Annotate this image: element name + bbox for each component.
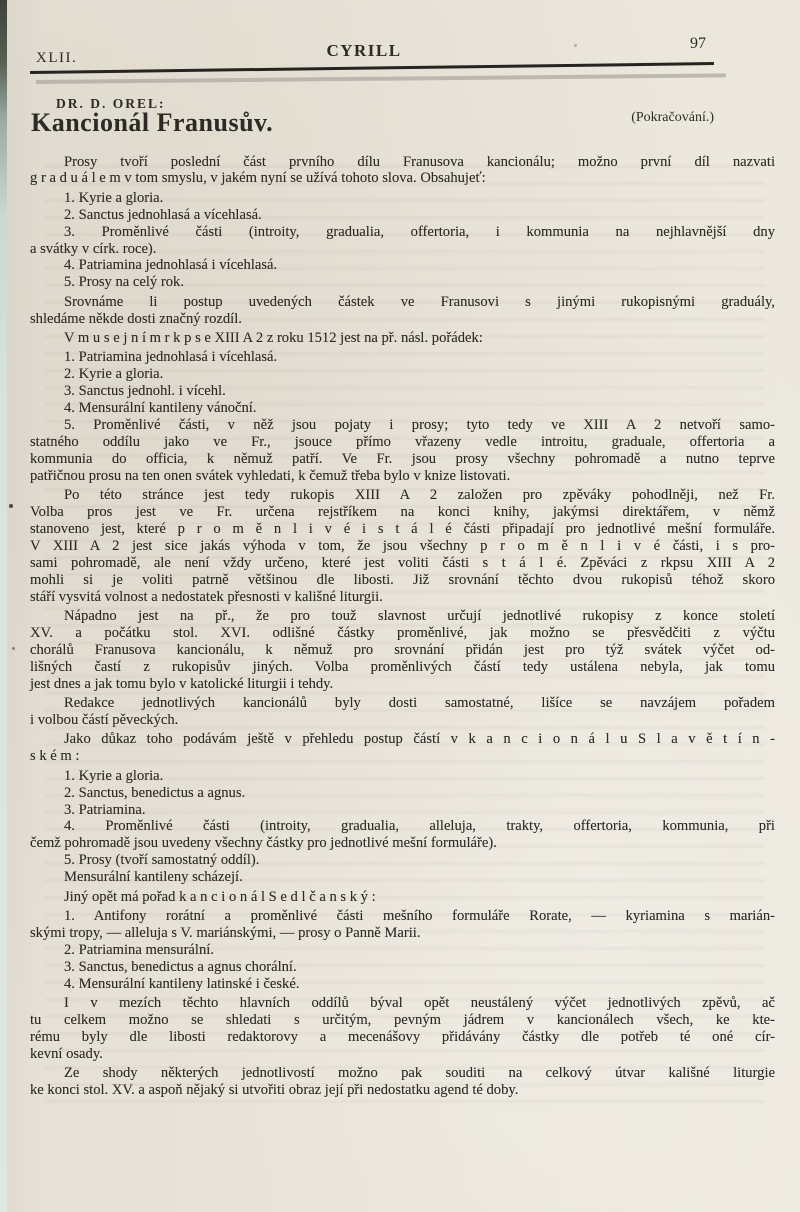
scanned-journal-page: XLII. CYRILL 97 DR. D. OREL: Kancionál F… xyxy=(0,0,800,1212)
text-line: g r a d u á l e m v tom smyslu, v jakém … xyxy=(30,170,775,187)
text-block: Redakce jednotlivých kancionálů byly dos… xyxy=(30,695,775,729)
text-line: I v mezích těchto hlavních oddílů býval … xyxy=(30,995,775,1012)
text-line: 2. Kyrie a gloria. xyxy=(30,366,775,383)
text-line: 4. Mensurální kantileny vánoční. xyxy=(30,400,775,417)
text-line: Jako důkaz toho podávám ještě v přehledu… xyxy=(30,731,775,748)
text-line: 4. Proměnlivé části (introity, gradualia… xyxy=(30,818,775,835)
text-line: XV. a počátku stol. XVI. odlišné částky … xyxy=(30,625,775,642)
text-block: I v mezích těchto hlavních oddílů býval … xyxy=(30,995,775,1063)
text-line: 3. Sanctus, benedictus a agnus chorální. xyxy=(30,959,775,976)
text-line: statného oddílu jako ve Fr., jsouce přím… xyxy=(30,434,775,451)
header-page-number: 97 xyxy=(690,35,706,53)
text-line: 4. Mensurální kantileny latinské i české… xyxy=(30,976,775,993)
text-line: chorálů Franusova kancionálu, k němuž pr… xyxy=(30,642,775,659)
text-line: čemž pohromadě jsou uvedeny všechny část… xyxy=(30,835,775,852)
text-line: 1. Kyrie a gloria. xyxy=(30,190,775,207)
text-line: 1. Patriamina jednohlasá i vícehlasá. xyxy=(30,349,775,366)
text-block: Srovnáme li postup uvedených částek ve F… xyxy=(30,294,775,328)
text-block: 1. Kyrie a gloria.2. Sanctus jednohlasá … xyxy=(30,190,775,291)
text-block: Prosy tvoří poslední část prvního dílu F… xyxy=(30,154,775,188)
text-line: Volba pros jest ve Fr. určena rejstříkem… xyxy=(30,504,775,521)
text-line: 3. Sanctus jednohl. i vícehl. xyxy=(30,383,775,400)
text-line: V XIII A 2 jest sice jakás výhoda v tom,… xyxy=(30,538,775,555)
article-body: Prosy tvoří poslední část prvního dílu F… xyxy=(30,151,775,1099)
paper-speck xyxy=(574,44,577,47)
text-line: 3. Patriamina. xyxy=(30,802,775,819)
text-line: 2. Sanctus, benedictus a agnus. xyxy=(30,785,775,802)
text-block: 1. Antifony rorátní a proměnlivé části m… xyxy=(30,908,775,993)
text-line: ke konci stol. XV. a aspoň nějaký si utv… xyxy=(30,1082,775,1099)
text-line: Prosy tvoří poslední část prvního dílu F… xyxy=(30,154,775,171)
text-line: sami pohromadě, ale není vždy určeno, kt… xyxy=(30,555,775,572)
text-line: Redakce jednotlivých kancionálů byly dos… xyxy=(30,695,775,712)
text-line: V m u s e j n í m r k p s e XIII A 2 z r… xyxy=(30,330,775,347)
text-block: Jiný opět má pořad k a n c i o n á l S e… xyxy=(30,889,775,906)
text-block: Nápadno jest na př., že pro touž slavnos… xyxy=(30,608,775,693)
article-continuation-note: (Pokračování.) xyxy=(631,110,714,126)
text-line: s k é m : xyxy=(30,748,775,765)
text-line: Mensurální kantileny scházejí. xyxy=(30,869,775,886)
text-block: Ze shody některých jednotlivostí možno p… xyxy=(30,1065,775,1099)
text-line: jest dnes a jak tomu bylo v katolické li… xyxy=(30,676,775,693)
header-journal-title: CYRILL xyxy=(0,41,728,61)
header-rule xyxy=(30,62,714,74)
text-line: a svátky v círk. roce). xyxy=(30,241,775,258)
text-line: 4. Patriamina jednohlasá i vícehlasá. xyxy=(30,257,775,274)
text-block: 1. Kyrie a gloria.2. Sanctus, benedictus… xyxy=(30,768,775,886)
text-line: Nápadno jest na př., že pro touž slavnos… xyxy=(30,608,775,625)
text-block: 1. Patriamina jednohlasá i vícehlasá.2. … xyxy=(30,349,775,484)
text-line: 2. Patriamina mensurální. xyxy=(30,942,775,959)
text-line: 1. Antifony rorátní a proměnlivé části m… xyxy=(30,908,775,925)
text-line: rému byly dle libosti redaktorovy a mece… xyxy=(30,1029,775,1046)
paper-speck xyxy=(9,504,13,508)
text-line: 1. Kyrie a gloria. xyxy=(30,768,775,785)
text-line: lišných častí z rukopisův jiných. Volba … xyxy=(30,659,775,676)
header-rule-shadow xyxy=(36,73,726,84)
text-line: patřičnou prosu na ten onen svátek vyhle… xyxy=(30,468,775,485)
text-block: Po této stránce jest tedy rukopis XIII A… xyxy=(30,487,775,605)
text-line: Srovnáme li postup uvedených částek ve F… xyxy=(30,294,775,311)
text-line: shledáme někde dosti značný rozdíl. xyxy=(30,311,775,328)
text-line: Jiný opět má pořad k a n c i o n á l S e… xyxy=(30,889,775,906)
text-line: skými tropy, — alleluja s V. mariánskými… xyxy=(30,925,775,942)
text-line: tu celkem možno se shledati s určitým, p… xyxy=(30,1012,775,1029)
scan-edge-shadow xyxy=(0,0,7,1212)
text-line: 5. Prosy na celý rok. xyxy=(30,274,775,291)
article-title: Kancionál Franusův. xyxy=(31,108,273,138)
text-block: V m u s e j n í m r k p s e XIII A 2 z r… xyxy=(30,330,775,347)
text-line: 3. Proměnlivé části (introity, gradualia… xyxy=(30,224,775,241)
text-line: i volbou částí pěveckých. xyxy=(30,712,775,729)
text-line: mohli si je voliti patrně většinou dle l… xyxy=(30,572,775,589)
text-line: kommunia do officia, k němuž patří. Ve F… xyxy=(30,451,775,468)
text-line: 5. Proměnlivé části, v něž jsou pojaty i… xyxy=(30,417,775,434)
text-line: stanoveno jest, které p r o m ě n l i v … xyxy=(30,521,775,538)
text-line: stáří vysvitá volnost a nedostatek přesn… xyxy=(30,589,775,606)
text-line: Po této stránce jest tedy rukopis XIII A… xyxy=(30,487,775,504)
text-line: 2. Sanctus jednohlasá a vícehlasá. xyxy=(30,207,775,224)
text-line: kevní osady. xyxy=(30,1046,775,1063)
text-line: 5. Prosy (tvoří samostatný oddíl). xyxy=(30,852,775,869)
text-line: Ze shody některých jednotlivostí možno p… xyxy=(30,1065,775,1082)
paper-speck xyxy=(12,647,15,650)
text-block: Jako důkaz toho podávám ještě v přehledu… xyxy=(30,731,775,765)
